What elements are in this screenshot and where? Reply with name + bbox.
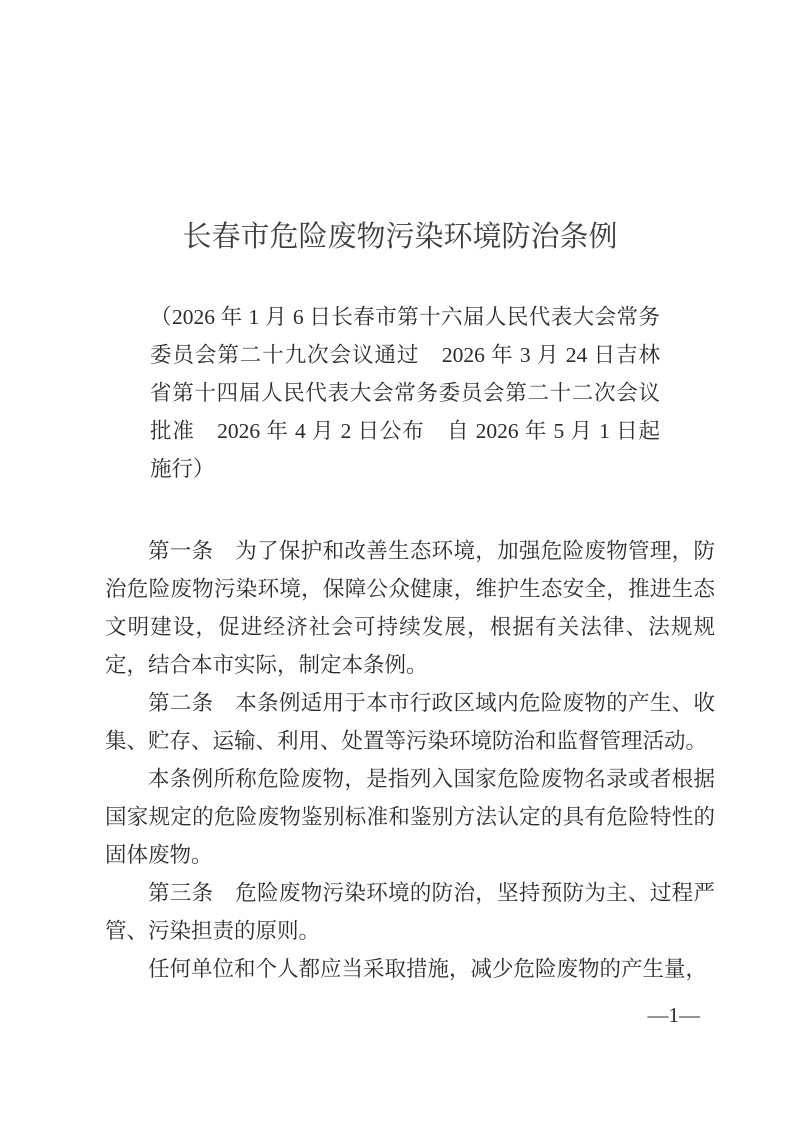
article-paragraph: 第一条 为了保护和改善生态环境，加强危险废物管理，防治危险废物污染环境，保障公众…	[105, 532, 715, 684]
article-paragraph: 第三条 危险废物污染环境的防治，坚持预防为主、过程严管、污染担责的原则。	[105, 874, 715, 950]
page-number: —1—	[648, 1002, 701, 1028]
page-title: 长春市危险废物污染环境防治条例	[0, 219, 800, 255]
enactment-note: （2026 年 1 月 6 日长春市第十六届人民代表大会常务委员会第二十九次会议…	[150, 298, 660, 488]
article-paragraph: 第二条 本条例适用于本市行政区域内危险废物的产生、收集、贮存、运输、利用、处置等…	[105, 684, 715, 760]
document-body: 第一条 为了保护和改善生态环境，加强危险废物管理，防治危险废物污染环境，保障公众…	[105, 532, 715, 988]
article-paragraph: 本条例所称危险废物，是指列入国家危险废物名录或者根据国家规定的危险废物鉴别标准和…	[105, 760, 715, 874]
document-page: 长春市危险废物污染环境防治条例 （2026 年 1 月 6 日长春市第十六届人民…	[0, 0, 800, 1132]
article-paragraph: 任何单位和个人都应当采取措施，减少危险废物的产生量，	[105, 950, 715, 988]
